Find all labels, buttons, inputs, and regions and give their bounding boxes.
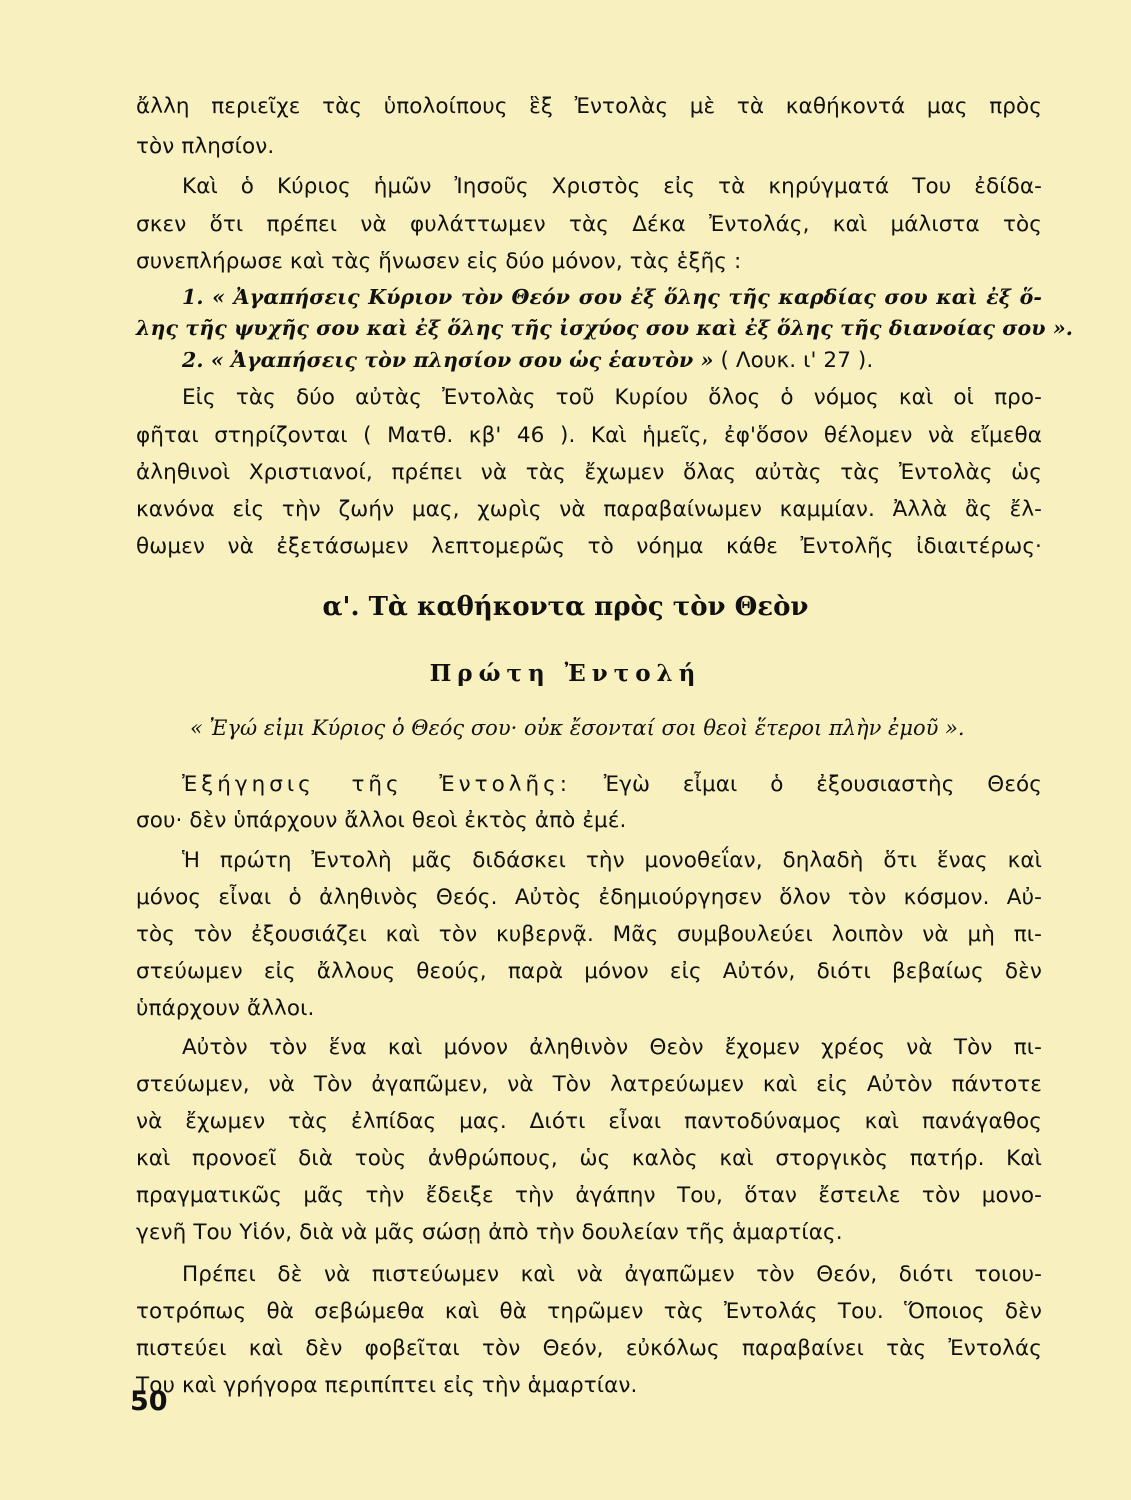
explanation-line: Ἐξήγησις τῆς Ἐντολῆς: Ἐγὼ εἶμαι ὁ ἐξουσι… (182, 770, 1042, 800)
text-line: φῆται στηρίζονται ( Ματθ. κβ' 46 ). Καὶ … (136, 421, 1042, 451)
explanation-label: Ἐξήγησις τῆς Ἐντολῆς: (182, 772, 571, 797)
text-line: τοτρόπως θὰ σεβώμεθα καὶ θὰ τηρῶμεν τὰς … (136, 1297, 1042, 1327)
commandment-quote: « Ἐγώ εἰμι Κύριος ὁ Θεός σου· οὐκ ἔσοντα… (190, 716, 1050, 740)
page-number: 50 (130, 1386, 168, 1417)
text-line: στεύωμεν εἰς ἄλλους θεούς, παρὰ μόνον εἰ… (136, 957, 1042, 987)
text-line: Καὶ ὁ Κύριος ἡμῶν Ἰησοῦς Χριστὸς εἰς τὰ … (182, 172, 1042, 202)
text-line: Πρέπει δὲ νὰ πιστεύωμεν καὶ νὰ ἀγαπῶμεν … (182, 1260, 1042, 1290)
text-line: καὶ προνοεῖ διὰ τοὺς ἀνθρώπους, ὡς καλὸς… (136, 1144, 1042, 1174)
text-line: γενῆ Του Υἱόν, διὰ νὰ μᾶς σώσῃ ἀπὸ τὴν δ… (136, 1218, 1042, 1248)
explanation-text: Ἐγὼ εἶμαι ὁ ἐξουσιαστὴς Θεός (604, 772, 1042, 797)
text-line: πραγματικῶς μᾶς τὴν ἔδειξε τὴν ἀγάπην Το… (136, 1181, 1042, 1211)
section-subtitle: Πρώτη Ἐντολή (0, 660, 1131, 687)
text-line: Ἡ πρώτη Ἐντολὴ μᾶς διδάσκει τὴν μονοθεΐα… (182, 846, 1042, 876)
text-line: σου· δὲν ὑπάρχουν ἄλλοι θεοὶ ἐκτὸς ἀπὸ ἐ… (136, 806, 1042, 836)
text-line: κανόνα εἰς τὴν ζωήν μας, χωρὶς νὰ παραβα… (136, 495, 1042, 525)
book-page: ἄλλη περιεῖχε τὰς ὑπολοίπους ἓξ Ἐντολὰς … (0, 0, 1131, 1500)
quote-line: 2. « Ἀγαπήσεις τὸν πλησίον σου ὡς ἑαυτὸν… (182, 345, 1042, 376)
text-line: θωμεν νὰ ἐξετάσωμεν λεπτομερῶς τὸ νόημα … (136, 532, 1042, 562)
text-line: στεύωμεν, νὰ Τὸν ἀγαπῶμεν, νὰ Τὸν λατρεύ… (136, 1070, 1042, 1100)
text-line: πιστεύει καὶ δὲν φοβεῖται τὸν Θεόν, εὐκό… (136, 1334, 1042, 1364)
quote-line: λης τῆς ψυχῆς σου καὶ ἐξ ὅλης τῆς ἰσχύος… (136, 313, 1042, 343)
text-line: σκεν ὅτι πρέπει νὰ φυλάττωμεν τὰς Δέκα Ἐ… (136, 210, 1042, 240)
text-line: Αὐτὸν τὸν ἕνα καὶ μόνον ἀληθινὸν Θεὸν ἔχ… (182, 1033, 1042, 1063)
section-title: α'. Τὰ καθήκοντα πρὸς τὸν Θεὸν (0, 592, 1131, 622)
text-line: συνεπλήρωσε καὶ τὰς ἥνωσεν εἰς δύο μόνον… (136, 247, 1042, 277)
text-line: τὸς τὸν ἐξουσιάζει καὶ τὸν κυβερνᾷ. Μᾶς … (136, 920, 1042, 950)
scripture-reference: ( Λουκ. ι' 27 ). (720, 348, 873, 373)
text-line: Του καὶ γρήγορα περιπίπτει εἰς τὴν ἁμαρτ… (136, 1371, 1042, 1401)
text-line: Εἰς τὰς δύο αὐτὰς Ἐντολὰς τοῦ Κυρίου ὅλο… (182, 383, 1042, 413)
quote-text: 2. « Ἀγαπήσεις τὸν πλησίον σου ὡς ἑαυτὸν… (182, 348, 714, 372)
quote-line: 1. « Ἀγαπήσεις Κύριον τὸν Θεόν σου ἐξ ὅλ… (182, 282, 1042, 312)
text-line: μόνος εἶναι ὁ ἀληθινὸς Θεός. Αὐτὸς ἐδημι… (136, 883, 1042, 913)
text-line: ἀληθινοὶ Χριστιανοί, πρέπει νὰ τὰς ἔχωμε… (136, 458, 1042, 488)
text-line: τὸν πλησίον. (136, 132, 1042, 162)
text-line: ὑπάρχουν ἄλλοι. (136, 994, 1042, 1024)
text-line: νὰ ἔχωμεν τὰς ἐλπίδας μας. Διότι εἶναι π… (136, 1107, 1042, 1137)
text-line: ἄλλη περιεῖχε τὰς ὑπολοίπους ἓξ Ἐντολὰς … (136, 92, 1042, 122)
